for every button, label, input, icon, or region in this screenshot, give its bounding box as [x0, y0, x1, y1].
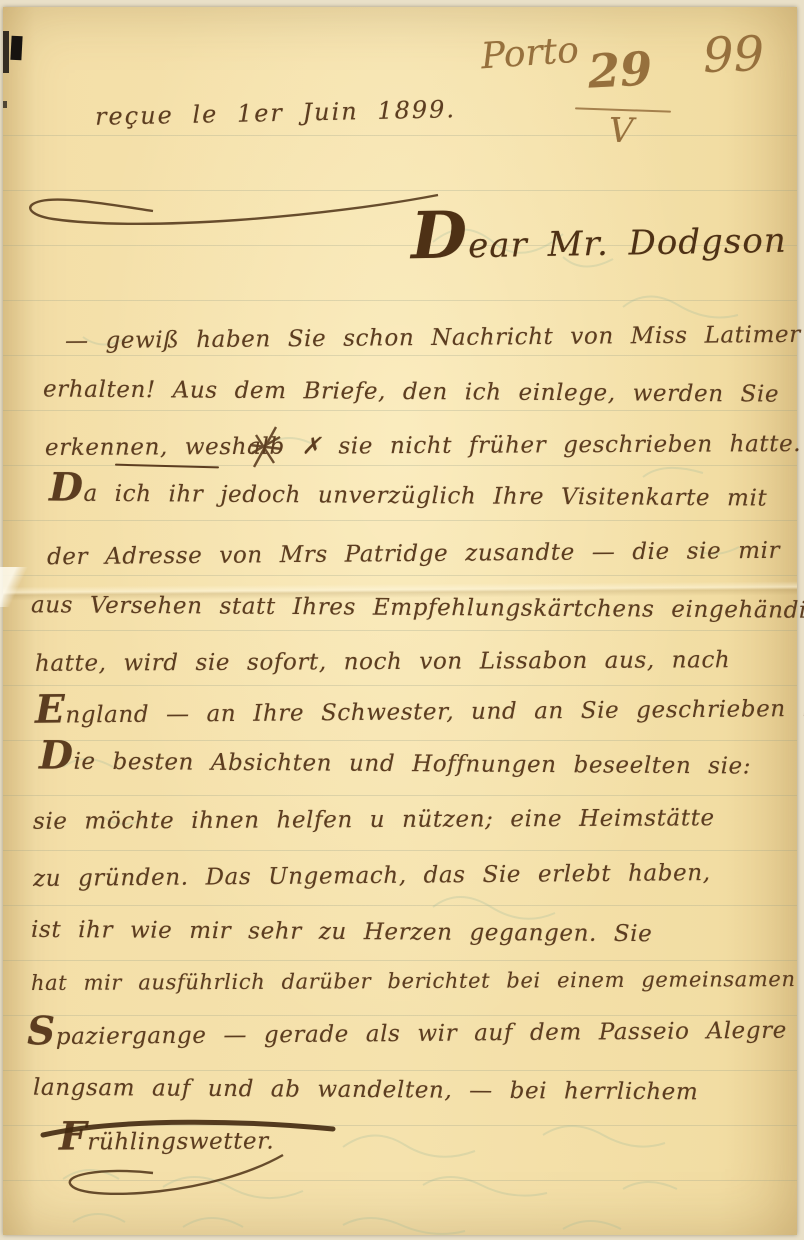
edge-artifact [10, 36, 22, 61]
body-line: erhalten! Aus dem Briefe, den ich einleg… [43, 376, 779, 407]
body-line: aus Versehen statt Ihres Empfehlungskärt… [31, 592, 804, 624]
scanned-letter-page: { "page": { "kind": "handwritten letter"… [0, 0, 804, 1240]
body-line: England — an Ihre Schwester, und an Sie … [35, 695, 804, 728]
underline-weshalb [115, 464, 219, 469]
body-line: zu gründen. Das Ungemach, das Sie erlebt… [33, 860, 711, 892]
edge-artifact [3, 101, 7, 108]
postmark-month: V [609, 111, 634, 151]
edge-artifact [3, 31, 9, 73]
salutation-flourish [23, 177, 443, 237]
postmark-day: 29 [587, 41, 654, 98]
body-line: ist ihr wie mir sehr zu Herzen gegangen.… [31, 917, 653, 947]
postmark-year: 99 [702, 26, 765, 84]
body-line: hatte, wird sie sofort, noch von Lissabo… [35, 647, 730, 677]
postmark-place: Porto [480, 30, 580, 78]
salutation: Dear Mr. Dodgson [410, 192, 787, 275]
body-line: — gewiß haben Sie schon Nachricht von Mi… [65, 322, 801, 354]
body-line: erkennen, weshalb ✗ sie nicht früher ges… [45, 431, 801, 461]
ruled-lines [3, 135, 797, 1235]
body-line: Die besten Absichten und Hoffnungen bese… [39, 749, 751, 780]
received-note: reçue le 1er Juin 1899. [95, 95, 457, 131]
fold-crease-edge [0, 567, 29, 607]
body-line: Frühlingswetter. [59, 1128, 274, 1155]
body-line: hat mir ausführlich darüber berichtet be… [31, 967, 796, 995]
body-line: Da ich ihr jedoch unverzüglich Ihre Visi… [49, 480, 767, 511]
body-line: Spaziergange — gerade als wir auf dem Pa… [27, 1018, 787, 1051]
body-line: langsam auf und ab wandelten, — bei herr… [33, 1075, 699, 1106]
body-line: der Adresse von Mrs Patridge zusandte — … [47, 538, 780, 570]
body-line: sie möchte ihnen helfen u nützen; eine H… [33, 805, 715, 835]
letter-paper: Porto 29 99 V reçue le 1er Juin 1899. De… [3, 7, 797, 1235]
